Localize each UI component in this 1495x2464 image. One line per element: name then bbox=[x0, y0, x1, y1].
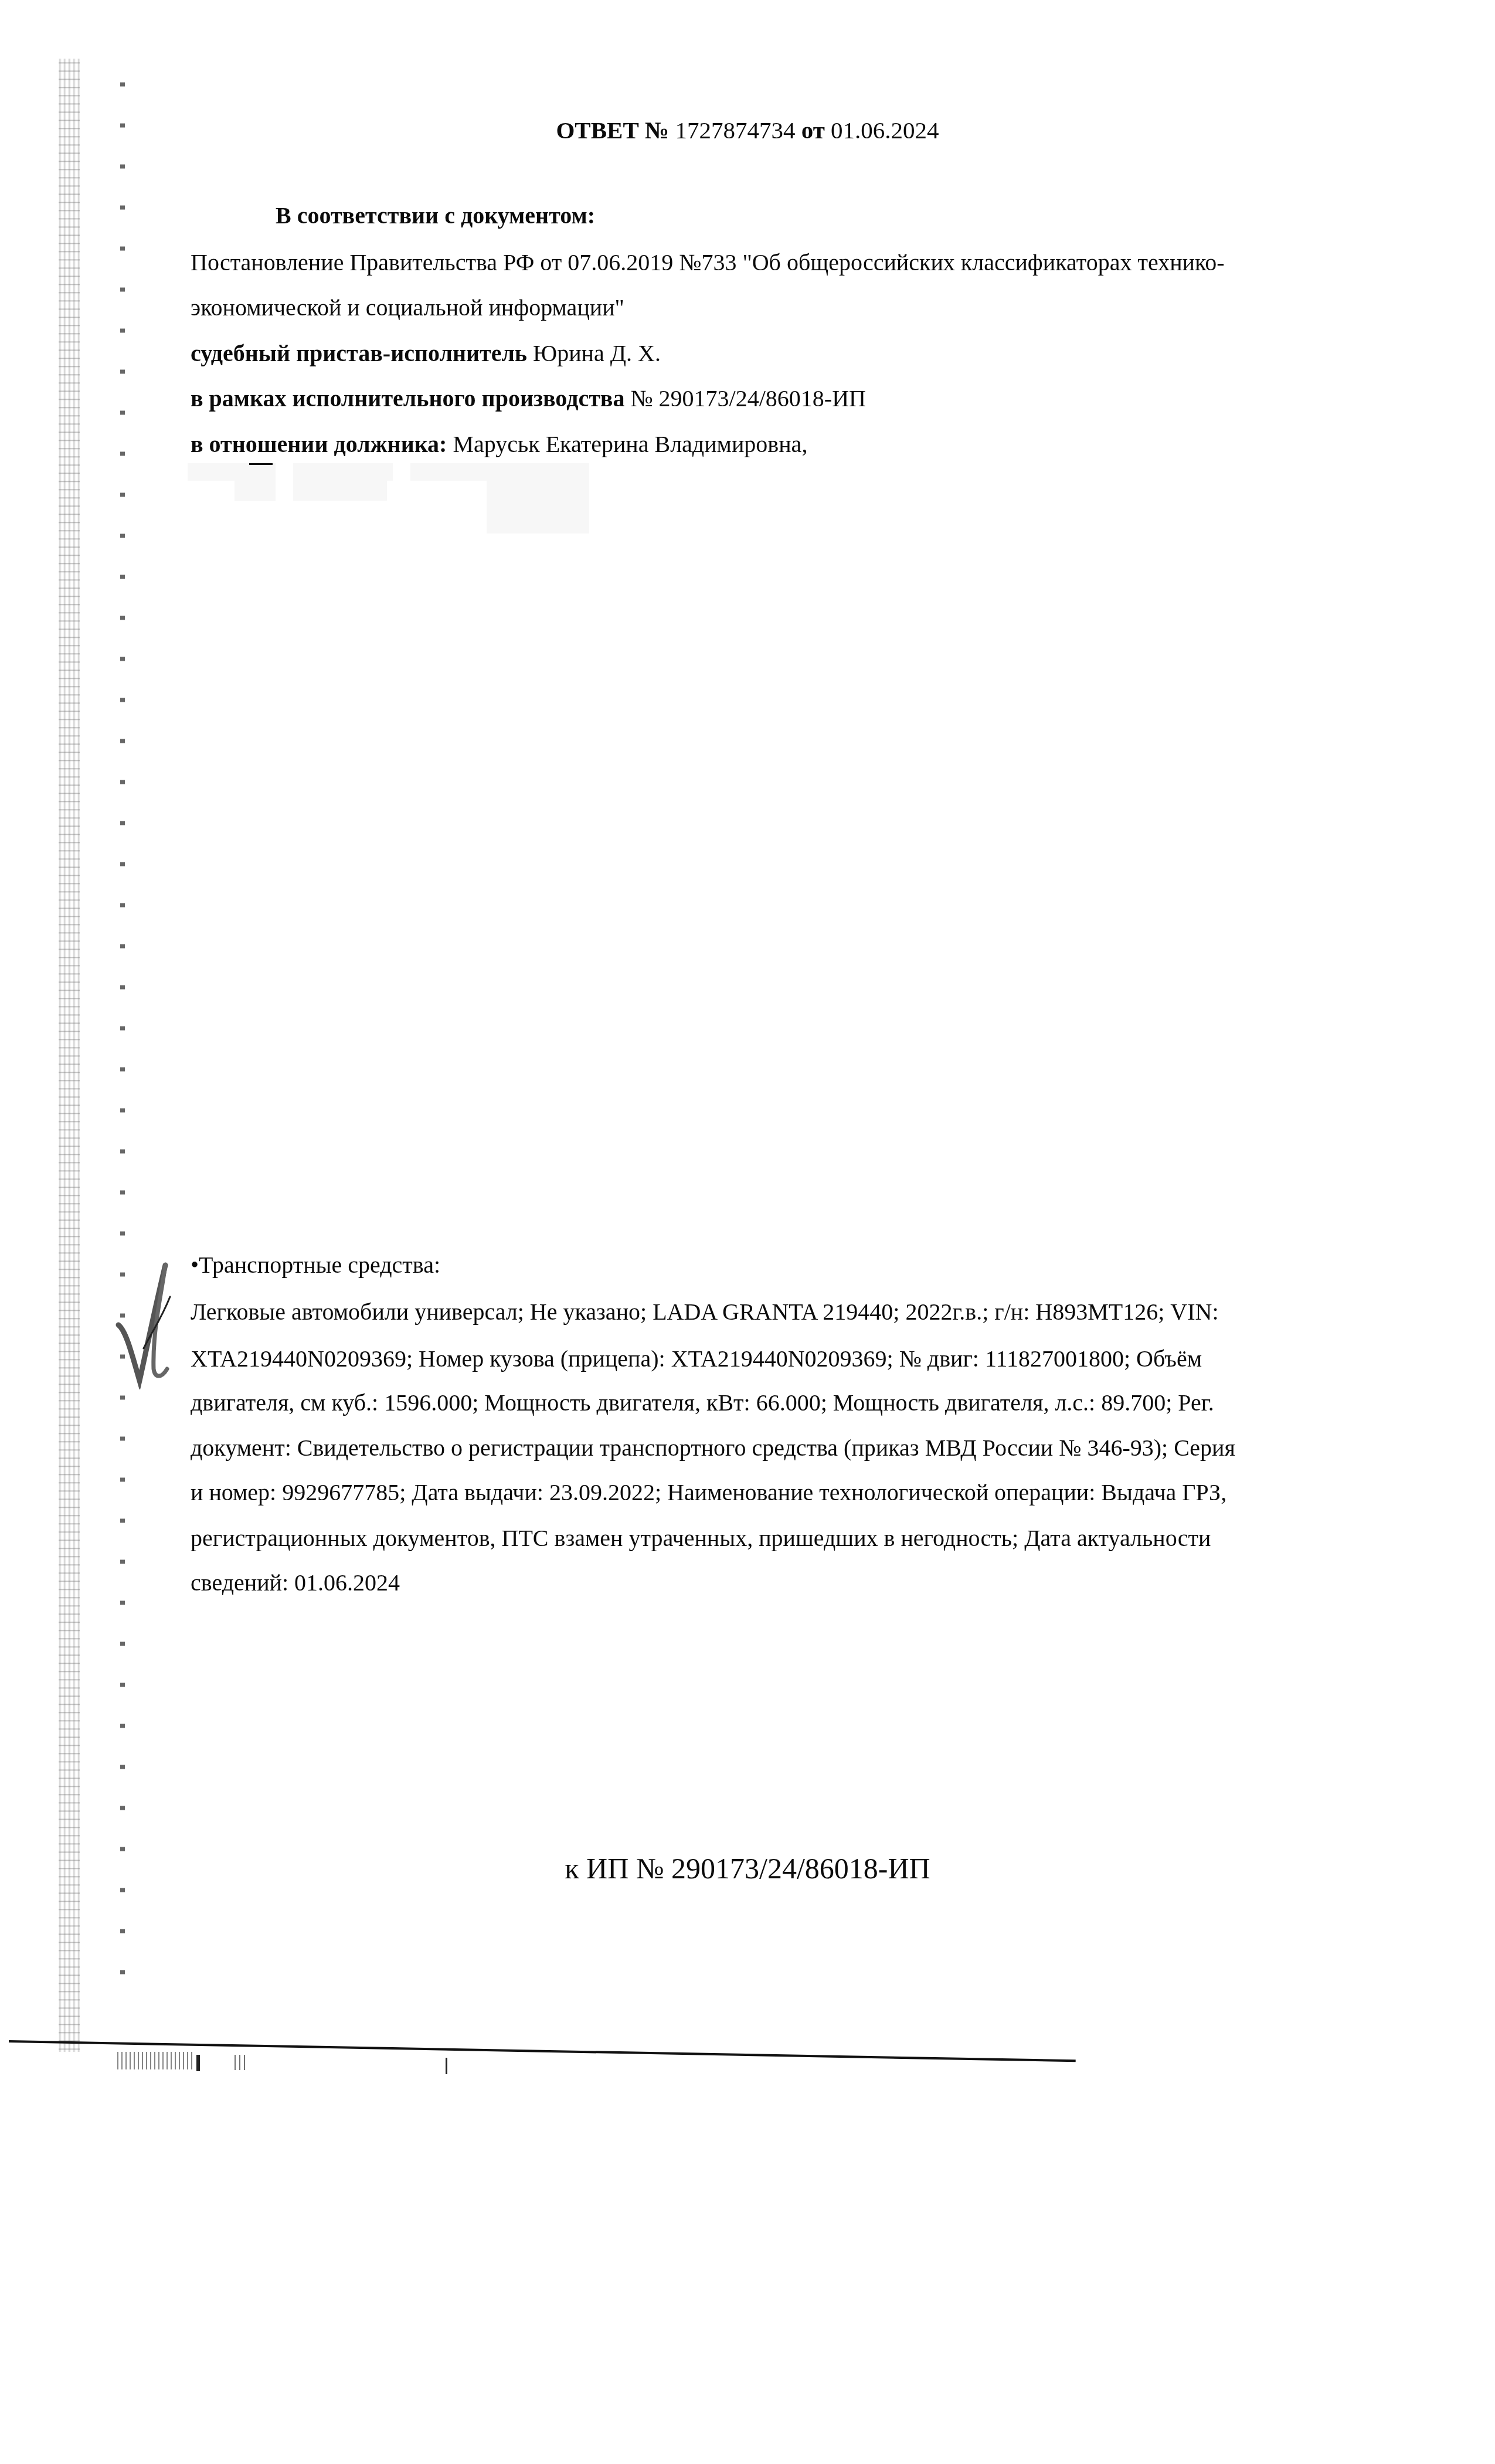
redaction-box bbox=[311, 463, 393, 481]
bailiff-name: Юрина Д. Х. bbox=[527, 340, 661, 366]
proceeding-line: в рамках исполнительного производства № … bbox=[191, 387, 866, 410]
barcode-fragment bbox=[235, 2055, 246, 2070]
signature-mark-icon bbox=[111, 1260, 182, 1389]
basis-line-2: экономической и социальной информации" bbox=[191, 296, 624, 320]
redaction-dash bbox=[249, 463, 273, 465]
scan-margin-dots bbox=[120, 59, 125, 1993]
basis-line-1: Постановление Правительства РФ от 07.06.… bbox=[191, 251, 1225, 274]
vehicle-detail-line: сведений: 01.06.2024 bbox=[191, 1571, 400, 1595]
debtor-label: в отношении должника: bbox=[191, 431, 447, 457]
proceeding-label: в рамках исполнительного производства bbox=[191, 385, 624, 412]
document-title: ОТВЕТ № 1727874734 от 01.06.2024 bbox=[0, 116, 1495, 144]
proceeding-reference-footer: к ИП № 290173/24/86018-ИП bbox=[0, 1851, 1495, 1885]
redaction-box bbox=[410, 463, 490, 481]
answer-number: 1727874734 bbox=[669, 117, 801, 144]
debtor-name: Маруськ Екатерина Владимировна, bbox=[447, 431, 807, 457]
title-from-label: от bbox=[801, 117, 825, 144]
vehicles-heading: •Транспортные средства: bbox=[191, 1253, 440, 1277]
bailiff-line: судебный пристав-исполнитель Юрина Д. Х. bbox=[191, 342, 661, 365]
scanned-document-page: ОТВЕТ № 1727874734 от 01.06.2024 В соотв… bbox=[0, 0, 1495, 2464]
title-prefix: ОТВЕТ № bbox=[556, 117, 669, 144]
barcode-fragment bbox=[446, 2058, 447, 2074]
redaction-box bbox=[487, 463, 589, 533]
bailiff-label: судебный пристав-исполнитель bbox=[191, 340, 527, 366]
redaction-box bbox=[235, 463, 276, 501]
answer-date: 01.06.2024 bbox=[825, 117, 939, 144]
vehicle-detail-line: XTA219440N0209369; Номер кузова (прицепа… bbox=[191, 1347, 1202, 1371]
vehicle-detail-line: регистрационных документов, ПТС взамен у… bbox=[191, 1527, 1211, 1550]
vehicle-detail-line: документ: Свидетельство о регистрации тр… bbox=[191, 1436, 1235, 1460]
scan-margin-noise bbox=[59, 59, 80, 2052]
basis-heading: В соответствии с документом: bbox=[276, 204, 595, 227]
proceeding-number: № 290173/24/86018-ИП bbox=[624, 385, 865, 412]
debtor-line: в отношении должника: Маруськ Екатерина … bbox=[191, 433, 807, 456]
vehicle-detail-line: Легковые автомобили универсал; Не указан… bbox=[191, 1300, 1219, 1324]
barcode-fragment bbox=[196, 2055, 200, 2071]
vehicle-detail-line: и номер: 9929677785; Дата выдачи: 23.09.… bbox=[191, 1481, 1226, 1504]
vehicle-detail-line: двигателя, см куб.: 1596.000; Мощность д… bbox=[191, 1391, 1214, 1415]
barcode-fragment bbox=[117, 2052, 193, 2069]
